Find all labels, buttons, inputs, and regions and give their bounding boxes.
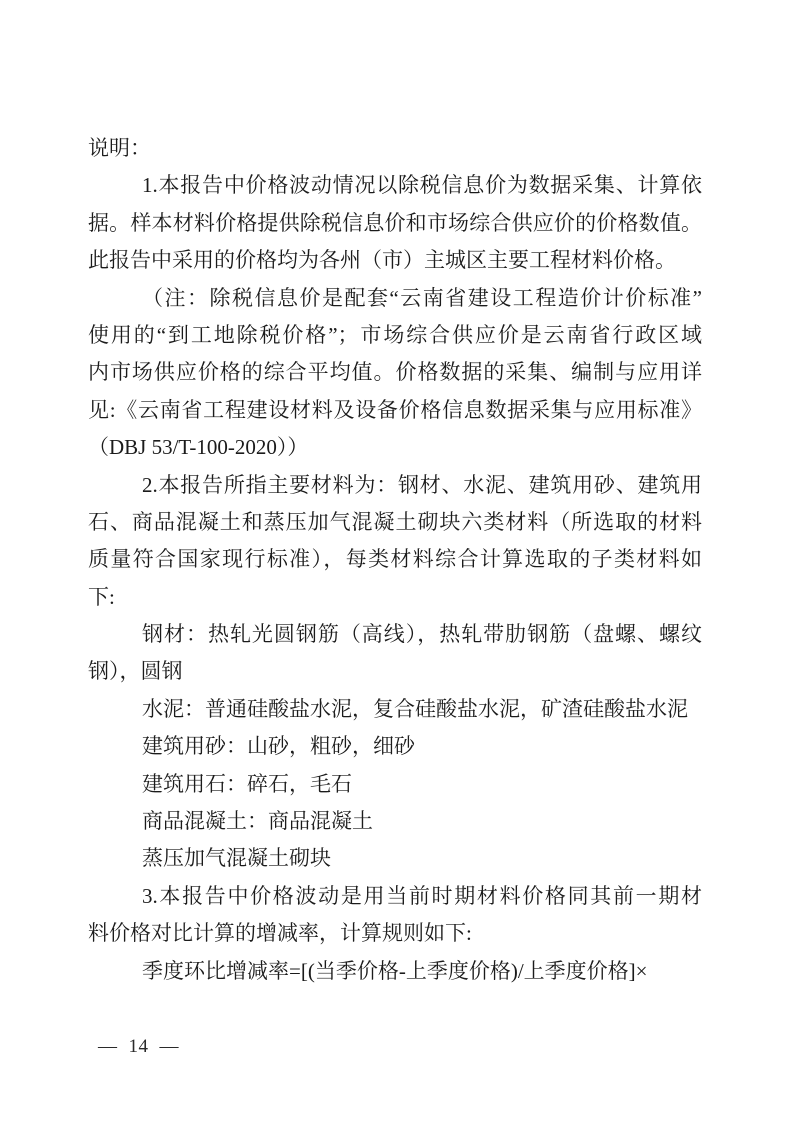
text-line: 据。样本材料价格提供除税信息价和市场综合供应价的价格数值。 [88, 205, 702, 242]
text-line: 下: [88, 579, 702, 616]
text-line: 1.本报告中价格波动情况以除税信息价为数据采集、计算依 [88, 167, 702, 204]
text-line: 季度环比增减率=[(当季价格-上季度价格)/上季度价格]× [88, 953, 702, 990]
footer-dash-left: — [98, 1036, 118, 1057]
text-line: 3.本报告中价格波动是用当前时期材料价格同其前一期材 [88, 878, 702, 915]
text-line: 钢材：热轧光圆钢筋（高线），热轧带肋钢筋（盘螺、螺纹 [88, 616, 702, 653]
text-line: 见:《云南省工程建设材料及设备价格信息数据采集与应用标准》 [88, 392, 702, 429]
text-block: 说明：1.本报告中价格波动情况以除税信息价为数据采集、计算依据。样本材料价格提供… [88, 130, 702, 990]
text-line: 钢），圆钢 [88, 653, 702, 690]
page-number: 14 [129, 1036, 149, 1057]
footer-dash-right: — [160, 1036, 180, 1057]
text-line: 水泥：普通硅酸盐水泥，复合硅酸盐水泥，矿渣硅酸盐水泥 [88, 691, 702, 728]
document-page: 说明：1.本报告中价格波动情况以除税信息价为数据采集、计算依据。样本材料价格提供… [0, 0, 794, 1123]
text-line: 使用的“到工地除税价格”；市场综合供应价是云南省行政区域 [88, 317, 702, 354]
text-line: 石、商品混凝土和蒸压加气混凝土砌块六类材料（所选取的材料 [88, 504, 702, 541]
text-line: 建筑用石：碎石，毛石 [88, 766, 702, 803]
text-line: 2.本报告所指主要材料为：钢材、水泥、建筑用砂、建筑用 [88, 467, 702, 504]
text-line: 建筑用砂：山砂，粗砂，细砂 [88, 728, 702, 765]
text-line: 质量符合国家现行标准），每类材料综合计算选取的子类材料如 [88, 541, 702, 578]
notes-heading: 说明： [88, 130, 702, 167]
text-line: （DBJ 53/T-100-2020）） [88, 429, 702, 466]
text-line: 商品混凝土：商品混凝土 [88, 803, 702, 840]
text-line: 蒸压加气混凝土砌块 [88, 840, 702, 877]
text-line: 料价格对比计算的增减率，计算规则如下: [88, 915, 702, 952]
text-line: 内市场供应价格的综合平均值。价格数据的采集、编制与应用详 [88, 354, 702, 391]
text-line: （注：除税信息价是配套“云南省建设工程造价计价标准” [88, 280, 702, 317]
page-footer: —14— [98, 1034, 179, 1060]
text-line: 此报告中采用的价格均为各州（市）主城区主要工程材料价格。 [88, 242, 702, 279]
